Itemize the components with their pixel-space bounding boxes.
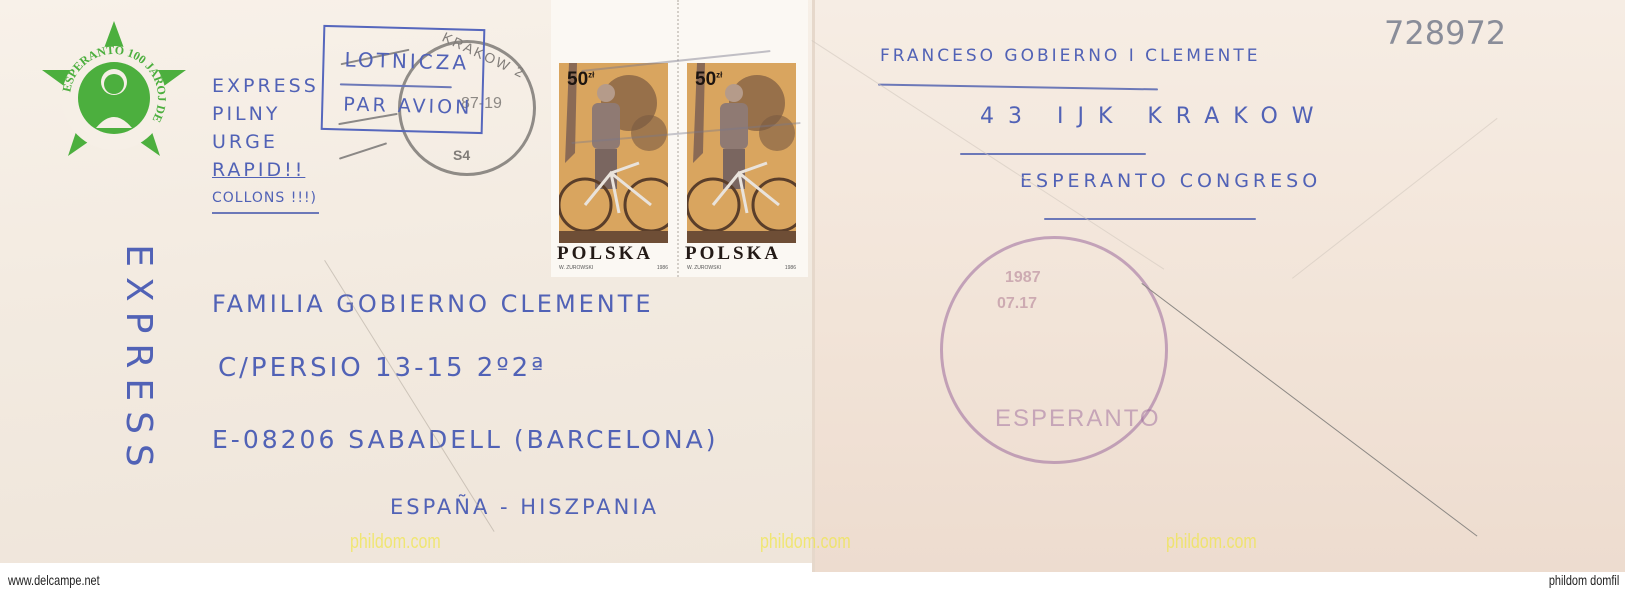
vertical-express-note: EXPRESS: [118, 244, 159, 477]
stamp-country: POLSKA: [557, 243, 653, 265]
inventory-number: 728972: [1384, 14, 1506, 52]
arrival-cancel: 1987 07.17 ESPERANTO: [940, 236, 1168, 464]
stamp-2: 50zł POLSKA W. ZUROWSKI 1986: [681, 60, 802, 277]
stamp-designer: W. ZUROWSKI: [559, 265, 593, 271]
address-line-1: FAMILIA GOBIERNO CLEMENTE: [212, 290, 654, 318]
note-pilny: PILNY: [212, 100, 319, 128]
cyclist-artwork: 50zł: [687, 63, 796, 243]
stamp-1: 50zł POLSKA W. ZUROWSKI 1986: [553, 60, 674, 277]
stamp-value: 50zł: [567, 69, 594, 91]
note-express: EXPRESS: [212, 72, 319, 100]
airmail-line-2: PAR AVION: [343, 93, 473, 118]
cancel-year: 1987: [1005, 269, 1041, 287]
service-notes: EXPRESS PILNY URGE RAPID!! COLLONS !!!): [212, 72, 319, 214]
footer-right-credit: phildom domfil: [1549, 572, 1619, 591]
stamp-sheet: 50zł POLSKA W. ZUROWSKI 1986: [551, 0, 808, 277]
sender-line-3: ESPERANTO CONGRESO: [1020, 170, 1321, 192]
watermark: phildom.com: [1166, 531, 1257, 554]
airmail-line-1: LOTNICZA: [344, 47, 469, 74]
note-collons: COLLONS !!!): [212, 184, 319, 214]
note-urge: URGE: [212, 128, 319, 156]
envelope-front: ESPERANTO 100 JAROJ DE EXPRESS PILNY URG…: [0, 0, 812, 563]
watermark: phildom.com: [760, 531, 851, 554]
stamp-year: 1986: [785, 265, 796, 271]
sender-line-2: 43 IJK KRAKOW: [980, 104, 1328, 129]
postmark-code: S4: [453, 147, 470, 163]
airmail-box: LOTNICZA PAR AVION: [321, 25, 486, 134]
note-rapid: RAPID!!: [212, 156, 319, 184]
esperanto-star-indicia: ESPERANTO 100 JAROJ DE: [34, 18, 194, 173]
envelope-back: 728972 FRANCESO GOBIERNO I CLEMENTE 43 I…: [812, 0, 1625, 572]
stamp-value: 50zł: [695, 69, 722, 91]
stamp-designer: W. ZUROWSKI: [687, 265, 721, 271]
address-line-4: ESPAÑA - HISZPANIA: [390, 495, 659, 519]
watermark: phildom.com: [350, 531, 441, 554]
footer-left-credit: www.delcampe.net: [8, 572, 100, 591]
stamp-year: 1986: [657, 265, 668, 271]
cyclist-artwork: 50zł: [559, 63, 668, 243]
stamp-country: POLSKA: [685, 243, 781, 265]
cancel-text: ESPERANTO: [995, 405, 1161, 433]
cancel-date: 07.17: [997, 295, 1037, 313]
address-line-3: E-08206 SABADELL (BARCELONA): [212, 425, 719, 454]
sender-line-1: FRANCESO GOBIERNO I CLEMENTE: [880, 46, 1260, 66]
address-line-2: C/PERSIO 13-15 2º2ª: [218, 353, 546, 383]
